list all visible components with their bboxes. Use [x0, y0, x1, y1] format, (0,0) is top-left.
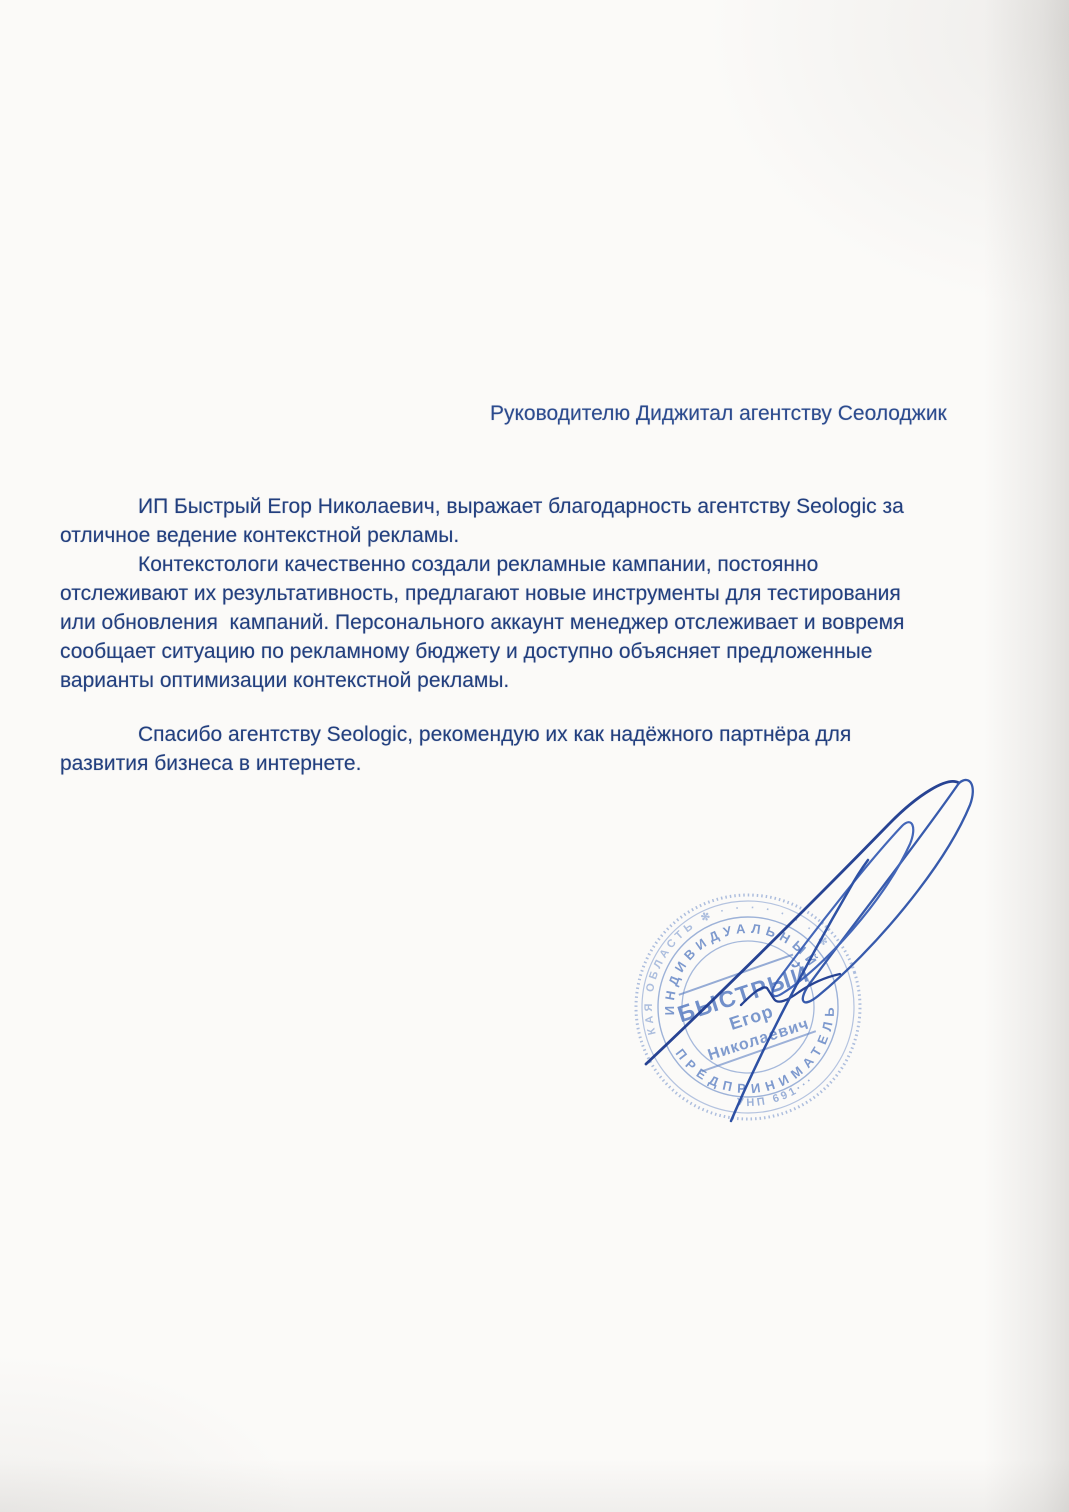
addressee-line: Руководителю Диджитал агентству Сеолоджи…	[490, 399, 947, 428]
scanned-letter-page: Руководителю Диджитал агентству Сеолоджи…	[0, 0, 1069, 1512]
signature-loop	[803, 780, 973, 1002]
letter-paragraph: ИП Быстрый Егор Николаевич, выражает бла…	[60, 492, 975, 550]
letter-body: ИП Быстрый Егор Николаевич, выражает бла…	[60, 492, 975, 778]
round-stamp: КАЯ ОБЛАСТЬ ✻ · · · · · · · ✻ УНП 691···…	[607, 866, 889, 1140]
letter-paragraph: Контекстологи качественно создали реклам…	[60, 550, 975, 695]
stamp-and-signature: КАЯ ОБЛАСТЬ ✻ · · · · · · · ✻ УНП 691···…	[600, 760, 1010, 1140]
